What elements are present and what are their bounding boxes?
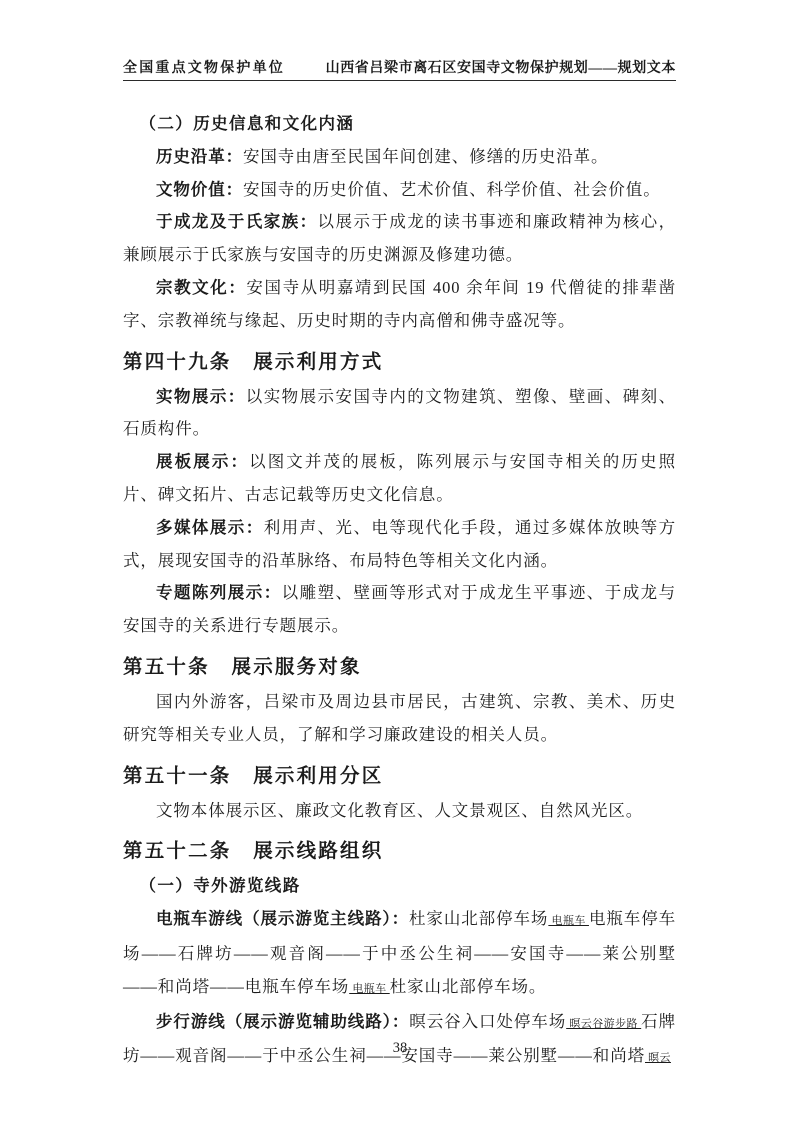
article-heading: 第四十九条 展示利用方式 (123, 345, 676, 379)
document-page: 全国重点文物保护单位 山西省吕梁市离石区安国寺文物保护规划——规划文本 （二）历… (0, 0, 800, 1131)
text-run: 第五十二条 展示线路组织 (123, 840, 383, 862)
sub-heading: （二）历史信息和文化内涵 (123, 108, 676, 141)
run-in-label: 历史沿革： (156, 147, 243, 166)
text-run: 安国寺由唐至民国年间创建、修缮的历史沿革。 (243, 147, 608, 166)
header-left-title: 全国重点文物保护单位 (123, 57, 285, 77)
document-body: （二）历史信息和文化内涵历史沿革：安国寺由唐至民国年间创建、修缮的历史沿革。文物… (123, 108, 676, 1075)
article-heading: 第五十一条 展示利用分区 (123, 759, 676, 793)
sub-heading: （一）寺外游览线路 (123, 870, 676, 903)
article-heading: 第五十二条 展示线路组织 (123, 834, 676, 868)
paragraph: 实物展示：以实物展示安国寺内的文物建筑、塑像、壁画、碑刻、石质构件。 (123, 381, 676, 447)
paragraph: 专题陈列展示：以雕塑、壁画等形式对于成龙生平事迹、于成龙与安国寺的关系进行专题展… (123, 577, 676, 643)
paragraph: 电瓶车游线（展示游览主线路）：杜家山北部停车场 电瓶车 电瓶车停车场——石牌坊—… (123, 903, 676, 1005)
text-run: 杜家山北部停车场 (409, 909, 548, 928)
text-run: 第五十一条 展示利用分区 (123, 765, 383, 787)
paragraph: 多媒体展示：利用声、光、电等现代化手段，通过多媒体放映等方式，展现安国寺的沿革脉… (123, 512, 676, 578)
run-in-label: 专题陈列展示： (156, 583, 282, 602)
run-in-label: 展板展示： (156, 452, 249, 471)
run-in-label: 文物价值： (156, 180, 243, 199)
text-run: 暝云谷入口处停车场 (409, 1012, 566, 1031)
article-heading: 第五十条 展示服务对象 (123, 650, 676, 684)
page-header: 全国重点文物保护单位 山西省吕梁市离石区安国寺文物保护规划——规划文本 (123, 57, 676, 81)
route-annotation: 暝云谷游步路 (566, 1018, 641, 1030)
paragraph: 文物价值：安国寺的历史价值、艺术价值、科学价值、社会价值。 (123, 174, 676, 207)
run-in-label: 步行游线（展示游览辅助线路）： (156, 1012, 409, 1031)
run-in-label: 于成龙及于氏家族： (156, 212, 318, 231)
paragraph: 国内外游客，吕梁市及周边县市居民，古建筑、宗教、美术、历史研究等相关专业人员，了… (123, 686, 676, 752)
page-number: 38 (0, 1040, 800, 1057)
paragraph: 展板展示：以图文并茂的展板，陈列展示与安国寺相关的历史照片、碑文拓片、古志记载等… (123, 446, 676, 512)
text-run: 文物本体展示区、廉政文化教育区、人文景观区、自然风光区。 (156, 801, 643, 820)
page-margin-area: 全国重点文物保护单位 山西省吕梁市离石区安国寺文物保护规划——规划文本 （二）历… (0, 0, 800, 1075)
run-in-label: 电瓶车游线（展示游览主线路）： (156, 909, 409, 928)
text-run: 国内外游客，吕梁市及周边县市居民，古建筑、宗教、美术、历史研究等相关专业人员，了… (123, 692, 676, 744)
text-run: 第四十九条 展示利用方式 (123, 351, 383, 373)
text-run: 第五十条 展示服务对象 (123, 656, 362, 678)
text-run: 杜家山北部停车场。 (390, 977, 547, 996)
text-run: （一）寺外游览线路 (140, 876, 301, 895)
paragraph: 历史沿革：安国寺由唐至民国年间创建、修缮的历史沿革。 (123, 141, 676, 174)
text-run: （二）历史信息和文化内涵 (140, 114, 355, 133)
header-right-title: 山西省吕梁市离石区安国寺文物保护规划——规划文本 (326, 57, 676, 77)
paragraph: 于成龙及于氏家族：以展示于成龙的读书事迹和廉政精神为核心，兼顾展示于氏家族与安国… (123, 206, 676, 272)
text-run: 安国寺的历史价值、艺术价值、科学价值、社会价值。 (243, 180, 661, 199)
run-in-label: 多媒体展示： (156, 518, 264, 537)
route-annotation: 电瓶车 (548, 915, 589, 927)
route-annotation: 电瓶车 (349, 983, 390, 995)
run-in-label: 实物展示： (156, 387, 246, 406)
paragraph: 文物本体展示区、廉政文化教育区、人文景观区、自然风光区。 (123, 795, 676, 828)
run-in-label: 宗教文化： (156, 278, 246, 297)
paragraph: 宗教文化：安国寺从明嘉靖到民国 400 余年间 19 代僧徒的排辈凿字、宗教禅统… (123, 272, 676, 338)
